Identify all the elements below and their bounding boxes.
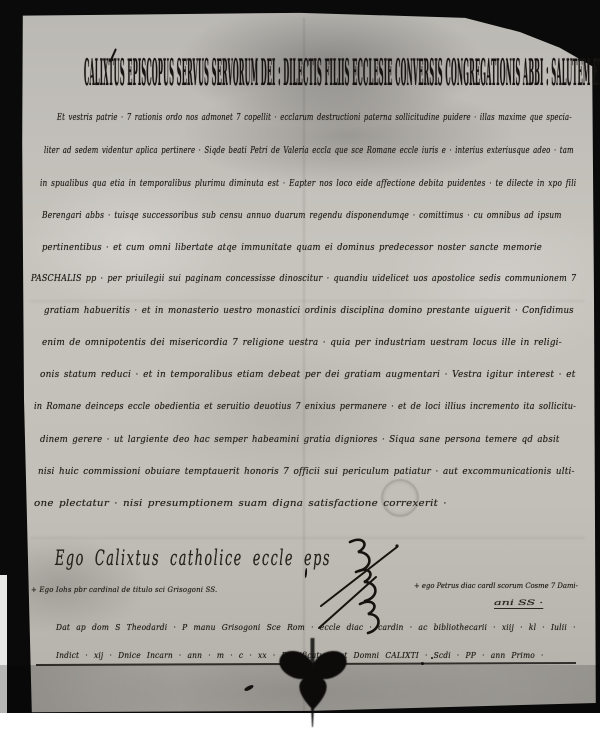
charter-text-line: nisi huic commissioni obuiare temptaueri…	[38, 467, 575, 477]
charter-text-line: Et vestris patrie · 7 rationis ordo nos …	[57, 113, 572, 123]
horizontal-fold-crease	[30, 300, 585, 302]
charter-text-line: enim de omnipotentis dei misericordia 7 …	[42, 338, 562, 348]
round-stamp-icon	[381, 479, 419, 517]
charter-text-line: Berengari abbs · tuisqe successoribus su…	[42, 211, 562, 221]
datum-line-1: Dat ap dom S Theodardi · P manu Grisogon…	[56, 623, 576, 633]
cardinal-signature-right-continued: ani SS ·	[494, 598, 543, 609]
pope-subscription-line: Ego Calixtus catholice eccle eps	[55, 546, 331, 570]
cardinal-signature-left: + Ego Iohs pbr cardinal de titulo sci Gr…	[31, 586, 217, 594]
charter-text-line: liter ad sedem videntur aplica pertinere…	[44, 146, 574, 156]
charter-text-line: pertinentibus · et cum omni libertate at…	[42, 243, 542, 253]
charter-text-line: in Romane deinceps eccle obedientia et s…	[34, 402, 576, 412]
charter-text-line: dinem gerere · ut largiente deo hac semp…	[40, 435, 560, 445]
seal-mark-icon	[270, 636, 356, 730]
charter-text-line: PASCHALIS pp · per priuilegii sui pagina…	[31, 274, 576, 284]
charter-heading-line: CALIXTUS EPISCOPUS SERVUS SERVORUM DEI :…	[84, 52, 600, 94]
photograph-page: { "charter": { "heading": "CALIXTUS EPIS…	[0, 0, 600, 742]
ink-speck	[421, 662, 424, 665]
horizontal-fold-crease	[30, 537, 585, 539]
ink-speck	[431, 657, 433, 659]
charter-text-line: onis statum reduci · et in temporalibus …	[40, 370, 575, 380]
charter-text-line: in spualibus qua etia in temporalibus pl…	[40, 179, 576, 189]
photo-black-frame: CALIXTUS EPISCOPUS SERVUS SERVORUM DEI :…	[0, 0, 600, 713]
cardinal-signature-right: + ego Petrus diac cardl scorum Cosme 7 D…	[414, 581, 578, 590]
charter-text-line: gratiam habueritis · et in monasterio ue…	[44, 306, 574, 316]
